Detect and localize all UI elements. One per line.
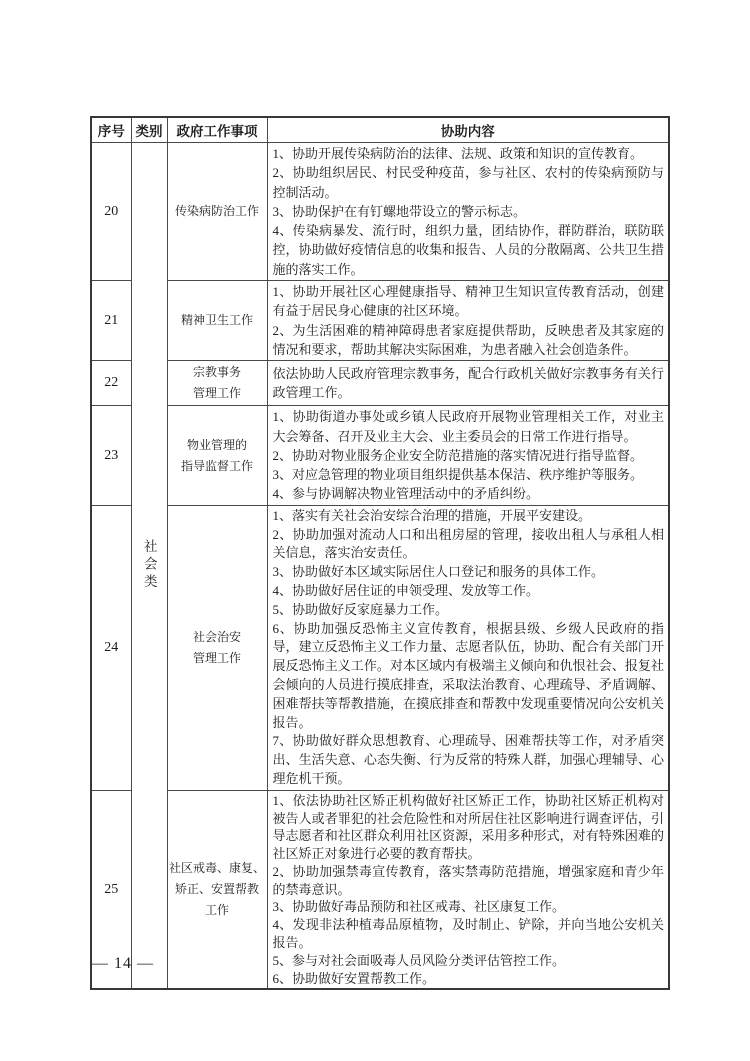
category-vertical-label: 社会类: [142, 539, 156, 592]
work-item-label: 物业管理的 指导监督工作: [167, 406, 267, 505]
content-item: 5、参与对社会面吸毒人员风险分类评估管控工作。: [273, 952, 665, 970]
content-item: 1、协助开展社区心理健康指导、精神卫生知识宣传教育活动，创建有益于居民身心健康的…: [273, 282, 665, 321]
table-header-row: 序号 类别 政府工作事项 协助内容: [91, 117, 669, 143]
row-no: 24: [91, 505, 131, 790]
header-no: 序号: [91, 117, 131, 143]
row-no: 22: [91, 361, 131, 406]
content-item: 6、协助做好安置帮教工作。: [273, 970, 665, 988]
table-row: 25 社区戒毒、康复、 矫正、安置帮教 工作 1、依法协助社区矫正机构做好社区矫…: [91, 790, 669, 989]
row-no: 20: [91, 143, 131, 281]
content-item: 2、协助对物业服务企业安全防范措施的落实情况进行指导监督。: [273, 446, 665, 465]
content-item: 2、为生活困难的精神障碍患者家庭提供帮助，反映患者及其家庭的情况和要求，帮助其解…: [273, 321, 665, 360]
table-row: 24 社会治安 管理工作 1、落实有关社会治安综合治理的措施，开展平安建设。2、…: [91, 505, 669, 790]
content-item: 2、协助组织居民、村民受种疫苗，参与社区、农村的传染病预防与控制活动。: [273, 163, 665, 202]
assist-content-cell: 1、协助开展传染病防治的法律、法规、政策和知识的宣传教育。2、协助组织居民、村民…: [267, 143, 669, 281]
work-item-label: 社会治安 管理工作: [167, 505, 267, 790]
header-category: 类别: [131, 117, 167, 143]
content-item: 4、参与协调解决物业管理活动中的矛盾纠纷。: [273, 484, 665, 503]
content-item: 3、协助保护在有钉螺地带设立的警示标志。: [273, 202, 665, 221]
work-item-label: 精神卫生工作: [167, 281, 267, 361]
header-content: 协助内容: [267, 117, 669, 143]
assist-content-cell: 1、协助街道办事处或乡镇人民政府开展物业管理相关工作，对业主大会筹备、召开及业主…: [267, 406, 669, 505]
page-number: — 14 —: [92, 955, 154, 973]
assist-content-cell: 依法协助人民政府管理宗教事务，配合行政机关做好宗教事务有关行政管理工作。: [267, 361, 669, 406]
content-item: 6、协助加强反恐怖主义宣传教育，根据县级、乡级人民政府的指导，建立反恐怖主义工作…: [273, 620, 665, 733]
assist-content-cell: 1、依法协助社区矫正机构做好社区矫正工作，协助社区矫正机构对被告人或者罪犯的社会…: [267, 790, 669, 989]
content-item: 7、协助做好群众思想教育、心理疏导、困难帮扶等工作，对矛盾突出、生活失意、心态失…: [273, 732, 665, 788]
content-item: 3、协助做好毒品预防和社区戒毒、社区康复工作。: [273, 898, 665, 916]
content-item: 2、协助加强对流动人口和出租房屋的管理，接收出租人与承租人相关信息，落实治安责任…: [273, 526, 665, 564]
content-item: 1、协助开展传染病防治的法律、法规、政策和知识的宣传教育。: [273, 144, 665, 163]
content-item: 2、协助加强禁毒宣传教育，落实禁毒防范措施，增强家庭和青少年的禁毒意识。: [273, 863, 665, 899]
category-cell: 社会类: [131, 143, 167, 990]
content-item: 4、协助做好居住证的申领受理、发放等工作。: [273, 582, 665, 601]
table-row: 21 精神卫生工作 1、协助开展社区心理健康指导、精神卫生知识宣传教育活动，创建…: [91, 281, 669, 361]
row-no: 21: [91, 281, 131, 361]
work-item-label: 社区戒毒、康复、 矫正、安置帮教 工作: [167, 790, 267, 989]
assist-content-cell: 1、协助开展社区心理健康指导、精神卫生知识宣传教育活动，创建有益于居民身心健康的…: [267, 281, 669, 361]
content-item: 3、协助做好本区域实际居住人口登记和服务的具体工作。: [273, 563, 665, 582]
government-work-items-table: 序号 类别 政府工作事项 协助内容 20 社会类 传染病防治工作 1、协助开展传…: [90, 116, 670, 990]
content-item: 1、落实有关社会治安综合治理的措施，开展平安建设。: [273, 507, 665, 526]
row-no: 23: [91, 406, 131, 505]
document-page: 序号 类别 政府工作事项 协助内容 20 社会类 传染病防治工作 1、协助开展传…: [0, 0, 750, 1061]
content-item: 3、对应急管理的物业项目组织提供基本保洁、秩序维护等服务。: [273, 465, 665, 484]
work-item-label: 宗教事务 管理工作: [167, 361, 267, 406]
content-item: 4、传染病暴发、流行时，组织力量，团结协作，群防群治，联防联控，协助做好疫情信息…: [273, 221, 665, 279]
header-item: 政府工作事项: [167, 117, 267, 143]
content-item: 4、发现非法种植毒品原植物，及时制止、铲除，并向当地公安机关报告。: [273, 916, 665, 952]
content-item: 5、协助做好反家庭暴力工作。: [273, 601, 665, 620]
assist-content-cell: 1、落实有关社会治安综合治理的措施，开展平安建设。2、协助加强对流动人口和出租房…: [267, 505, 669, 790]
table-row: 20 社会类 传染病防治工作 1、协助开展传染病防治的法律、法规、政策和知识的宣…: [91, 143, 669, 281]
table-row: 22 宗教事务 管理工作 依法协助人民政府管理宗教事务，配合行政机关做好宗教事务…: [91, 361, 669, 406]
table-row: 23 物业管理的 指导监督工作 1、协助街道办事处或乡镇人民政府开展物业管理相关…: [91, 406, 669, 505]
content-item: 1、协助街道办事处或乡镇人民政府开展物业管理相关工作，对业主大会筹备、召开及业主…: [273, 407, 665, 446]
content-item: 依法协助人民政府管理宗教事务，配合行政机关做好宗教事务有关行政管理工作。: [273, 364, 665, 403]
work-item-label: 传染病防治工作: [167, 143, 267, 281]
content-item: 1、依法协助社区矫正机构做好社区矫正工作，协助社区矫正机构对被告人或者罪犯的社会…: [273, 792, 665, 863]
